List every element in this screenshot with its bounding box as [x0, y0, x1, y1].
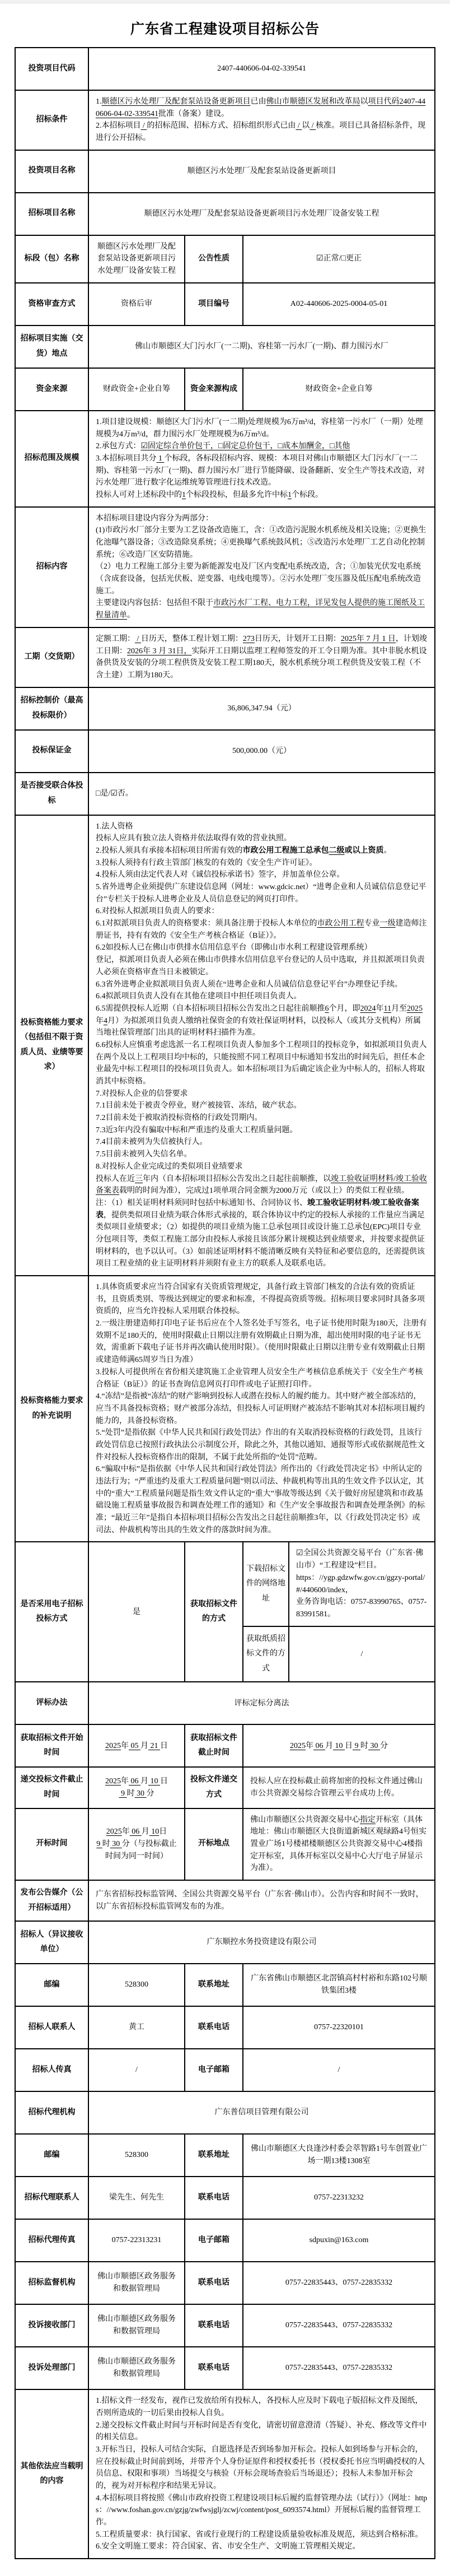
bid-bond-value: 500,000.00（元）: [88, 730, 435, 773]
qualification-value: 1.法人资格投标人应具有独立法人资格并依法取得有效的营业执照。2.投标人须具有承…: [88, 815, 435, 1276]
row-fax-1: 招标人传真 / 电子邮箱 /: [15, 2049, 435, 2091]
row-opening: 开标时间 2025年 06 月 10日9 时 30 分（与投标截止时间为同一时间…: [15, 1808, 435, 1880]
email1-label: 电子邮箱: [185, 2049, 243, 2091]
row-bid-bond: 投标保证金 500,000.00（元）: [15, 730, 435, 773]
fax2-label: 招标代理传真: [15, 2219, 88, 2262]
row-scope: 招标范围及规模 1.项目建设规模：顺德区大门污水厂(一二期)处理规模为6万m³/…: [15, 411, 435, 507]
evaluation-label: 评标办法: [15, 1682, 88, 1724]
email2-label: 电子邮箱: [185, 2219, 243, 2262]
postcode2-value: 528300: [88, 2134, 185, 2177]
tenderer-label: 招标人（异议接收单位）: [15, 1921, 88, 1964]
investment-code-value: 2407-440606-04-02-339541: [88, 48, 435, 90]
row-tenderer: 招标人（异议接收单位） 广东顺控水务投资建设有限公司: [15, 1921, 435, 1964]
investment-code-label: 投资项目代码: [15, 48, 88, 90]
qualification-review-label: 资格审查方式: [15, 283, 88, 326]
funding-label: 资金来源: [15, 368, 88, 411]
row-evaluation: 评标办法 评标定标分离法: [15, 1682, 435, 1724]
row-consortium: 是否接受联合体投标 □是/☑否。: [15, 773, 435, 815]
paper-doc-label: 获取纸质招标文件的方式: [243, 1626, 289, 1682]
row-other: 其他依法应当载明的内容 1.招标文件一经发布，视作已发放给所有投标人，各投标人应…: [15, 2389, 435, 2559]
other-value: 1.招标文件一经发布，视作已发放给所有投标人，各投标人应及时下载电子版招标文件及…: [88, 2389, 435, 2559]
opening-time-value: 2025年 06 月 10日9 时 30 分（与投标截止时间为同一时间）: [88, 1808, 185, 1880]
row-postcode-1: 邮编 528300 联系地址 广东省佛山市顺德区北滘镇高村村裕和东路102号顺铁…: [15, 1964, 435, 2006]
address2-label: 联系地址: [185, 2134, 243, 2177]
project-number-label: 项目编号: [185, 283, 243, 326]
complaint-handle-value: 佛山市顺德区政务服务和数据管理局: [88, 2347, 185, 2389]
notice-nature-value: ☑正常/□更正: [243, 235, 435, 283]
row-contact-2: 招标代理联系人 梁先生、何先生 联系电话 0757-22313232: [15, 2177, 435, 2219]
bid-bond-label: 投标保证金: [15, 730, 88, 773]
complaint-recv-label: 投诉接收部门: [15, 2304, 88, 2347]
complaint-recv-phone-value: 0757-22835443、0757-22835332: [243, 2304, 435, 2347]
funding-value: 财政资金+企业自筹: [88, 368, 185, 411]
row-complaint-handle: 投诉处理部门 佛山市顺德区政务服务和数据管理局 联系电话 0757-228354…: [15, 2347, 435, 2389]
row-media: 发布公告媒介（公开招标适用） 广东省招标投标监管网、全国公共资源交易平台（广东省…: [15, 1880, 435, 1921]
location-label: 招标项目实施（交货）地点: [15, 326, 88, 368]
section-value: 顺德区污水处理厂及配套泵站设备更新项目污水处理厂设备安装工程: [88, 235, 185, 283]
row-investment-code: 投资项目代码 2407-440606-04-02-339541: [15, 48, 435, 90]
submission-deadline-label: 递交投标文件截止时间: [15, 1767, 88, 1808]
media-value: 广东省招标投标监管网、全国公共资源交易平台（广东省·佛山市）。公告内容和时间不一…: [88, 1880, 435, 1921]
complaint-handle-label: 投诉处理部门: [15, 2347, 88, 2389]
top-divider: [0, 0, 450, 3]
download-address-label: 下载招标文件的网络地址: [243, 1542, 289, 1626]
row-submission: 递交投标文件截止时间 2025年 06 月 10 日 9 时 30 分 投标文件…: [15, 1767, 435, 1808]
row-agency: 招标代理机构 广东普信项目管理有限公司: [15, 2091, 435, 2134]
row-supervisor: 招标监督机构 佛山市顺德区政务服务和数据管理局 联系电话 0757-228354…: [15, 2262, 435, 2304]
fax1-value: /: [88, 2049, 185, 2091]
tender-conditions-label: 招标条件: [15, 90, 88, 150]
section-label: 标段（包）名称: [15, 235, 88, 283]
supplement-label: 投标资格能力要求的补充说明: [15, 1276, 88, 1542]
tenderer-value: 广东顺控水务投资建设有限公司: [88, 1921, 435, 1964]
complaint-recv-phone-label: 联系电话: [185, 2304, 243, 2347]
control-price-label: 招标控制价（最高投标限价）: [15, 687, 88, 730]
row-qualification: 投标资格能力要求（包括但不限于资质人员、业绩等要求） 1.法人资格投标人应具有独…: [15, 815, 435, 1276]
row-location: 招标项目实施（交货）地点 佛山市顺德区大门污水厂(一二期)、容桂第一污水厂(一期…: [15, 326, 435, 368]
funding-composition-value: 财政资金+企业自筹: [243, 368, 435, 411]
supervisor-label: 招标监督机构: [15, 2262, 88, 2304]
email1-value: /: [243, 2049, 435, 2091]
investment-name-value: 顺德区污水处理厂及配套泵站设备更新项目: [88, 150, 435, 193]
consortium-label: 是否接受联合体投标: [15, 773, 88, 815]
notice-nature-label: 公告性质: [185, 235, 243, 283]
postcode1-value: 528300: [88, 1964, 185, 2006]
doc-obtain-method-label: 获取招标文件的方式: [185, 1542, 243, 1682]
doc-deadline-value: 2025年 06 月 10 日 9 时 30 分: [243, 1724, 435, 1767]
row-section: 标段（包）名称 顺德区污水处理厂及配套泵站设备更新项目污水处理厂设备安装工程 公…: [15, 235, 435, 283]
complaint-recv-value: 佛山市顺德区政务服务和数据管理局: [88, 2304, 185, 2347]
row-fax-2: 招标代理传真 0757-22313231 电子邮箱 sdpuxin@163.co…: [15, 2219, 435, 2262]
fax1-label: 招标人传真: [15, 2049, 88, 2091]
row-control-price: 招标控制价（最高投标限价） 36,806,347.94（元）: [15, 687, 435, 730]
submission-method-label: 投标文件递交方式: [185, 1767, 243, 1808]
consortium-value: □是/☑否。: [88, 773, 435, 815]
contact1-value: 黄工: [88, 2006, 185, 2049]
opening-place-value: 佛山市顺德区公共资源交易中心指定开标室（具体地址：佛山市顺德区大良街道新城区观绿…: [243, 1808, 435, 1880]
phone2-value: 0757-22313232: [243, 2177, 435, 2219]
agency-value: 广东普信项目管理有限公司: [88, 2091, 435, 2134]
contact2-value: 梁先生、何先生: [88, 2177, 185, 2219]
address1-label: 联系地址: [185, 1964, 243, 2006]
contact2-label: 招标代理联系人: [15, 2177, 88, 2219]
scope-value: 1.项目建设规模：顺德区大门污水厂(一二期)处理规模为6万m³/d，容桂第一污水…: [88, 411, 435, 507]
postcode1-label: 邮编: [15, 1964, 88, 2006]
investment-name-label: 投资项目名称: [15, 150, 88, 193]
project-number-value: A02-440606-2025-0004-05-01: [243, 283, 435, 326]
phone1-value: 0757-22320101: [243, 2006, 435, 2049]
download-address-value: ☑全国公共资源交易平台（广东省·佛山市）“工程建设”栏目。https：//ygp…: [289, 1542, 435, 1626]
e-bidding-label: 是否采用电子招标投标方式: [15, 1542, 88, 1682]
address1-value: 广东省佛山市顺德区北滘镇高村村裕和东路102号顺铁集团3楼: [243, 1964, 435, 2006]
funding-composition-label: 资金来源构成: [185, 368, 243, 411]
row-doc-time: 获取招标文件开始时间 2025年 05 月 21 日 获取招标文件截止时间 20…: [15, 1724, 435, 1767]
e-bidding-value: 是: [88, 1542, 185, 1682]
row-content: 招标内容 本招标项目建设内容分为两部分：(1)市政污水厂部分主要为工艺设备改造施…: [15, 507, 435, 627]
phone2-label: 联系电话: [185, 2177, 243, 2219]
content-value: 本招标项目建设内容分为两部分：(1)市政污水厂部分主要为工艺设备改造施工，含：①…: [88, 507, 435, 627]
doc-deadline-label: 获取招标文件截止时间: [185, 1724, 243, 1767]
announcement-table: 投资项目代码 2407-440606-04-02-339541 招标条件 1.顺…: [15, 47, 435, 2559]
doc-start-label: 获取招标文件开始时间: [15, 1724, 88, 1767]
duration-value: 定额工期： / 日历天，整体工程计划工期：273日历天，计划开工日期：2025年…: [88, 627, 435, 687]
row-supplement: 投标资格能力要求的补充说明 1.具体资质要求应当符合国家有关资质管理规定，具备行…: [15, 1276, 435, 1542]
other-label: 其他依法应当载明的内容: [15, 2389, 88, 2559]
tender-name-value: 顺德区污水处理厂及配套泵站设备更新项目污水处理厂设备安装工程: [88, 193, 435, 235]
page-title: 广东省工程建设项目招标公告: [15, 18, 435, 38]
submission-deadline-value: 2025年 06 月 10 日 9 时 30 分: [88, 1767, 185, 1808]
supervisor-phone-label: 联系电话: [185, 2262, 243, 2304]
complaint-handle-phone-value: 0757-22835443、0757-22835332: [243, 2347, 435, 2389]
row-tender-conditions: 招标条件 1.顺德区污水处理厂及配套泵站设备更新项目已由佛山市顺德区发展和改革局…: [15, 90, 435, 150]
row-tender-name: 招标项目名称 顺德区污水处理厂及配套泵站设备更新项目污水处理厂设备安装工程: [15, 193, 435, 235]
postcode2-label: 邮编: [15, 2134, 88, 2177]
fax2-value: 0757-22313231: [88, 2219, 185, 2262]
qualification-label: 投标资格能力要求（包括但不限于资质人员、业绩等要求）: [15, 815, 88, 1276]
paper-doc-value: /: [289, 1626, 435, 1682]
media-label: 发布公告媒介（公开招标适用）: [15, 1880, 88, 1921]
row-postcode-2: 邮编 528300 联系地址 佛山市顺德区大良逢沙村委会萃智路1号车创置业广场一…: [15, 2134, 435, 2177]
tender-conditions-value: 1.顺德区污水处理厂及配套泵站设备更新项目已由佛山市顺德区发展和改革局以项目代码…: [88, 90, 435, 150]
submission-method-value: 投标人应在投标截止前将加密的投标文件通过佛山市公共资源交易综合管理云平台成功上传…: [243, 1767, 435, 1808]
row-contact-1: 招标人联系人 黄工 联系电话 0757-22320101: [15, 2006, 435, 2049]
doc-start-value: 2025年 05 月 21 日: [88, 1724, 185, 1767]
scope-label: 招标范围及规模: [15, 411, 88, 507]
agency-label: 招标代理机构: [15, 2091, 88, 2134]
location-value: 佛山市顺德区大门污水厂(一二期)、容桂第一污水厂(一期)、群力围污水厂: [88, 326, 435, 368]
tender-name-label: 招标项目名称: [15, 193, 88, 235]
supplement-value: 1.具体资质要求应当符合国家有关资质管理规定，具备行政主管部门核发的合法有效的资…: [88, 1276, 435, 1542]
control-price-value: 36,806,347.94（元）: [88, 687, 435, 730]
opening-time-label: 开标时间: [15, 1808, 88, 1880]
row-investment-name: 投资项目名称 顺德区污水处理厂及配套泵站设备更新项目: [15, 150, 435, 193]
email2-value: sdpuxin@163.com: [243, 2219, 435, 2262]
row-complaint-recv: 投诉接收部门 佛山市顺德区政务服务和数据管理局 联系电话 0757-228354…: [15, 2304, 435, 2347]
row-funding: 资金来源 财政资金+企业自筹 资金来源构成 财政资金+企业自筹: [15, 368, 435, 411]
opening-place-label: 开标地点: [185, 1808, 243, 1880]
content-label: 招标内容: [15, 507, 88, 627]
address2-value: 佛山市顺德区大良逢沙村委会萃智路1号车创置业广场一期13楼1308室: [243, 2134, 435, 2177]
complaint-handle-phone-label: 联系电话: [185, 2347, 243, 2389]
supervisor-value: 佛山市顺德区政务服务和数据管理局: [88, 2262, 185, 2304]
contact1-label: 招标人联系人: [15, 2006, 88, 2049]
row-e-bidding: 是否采用电子招标投标方式 是 获取招标文件的方式 下载招标文件的网络地址 ☑全国…: [15, 1542, 435, 1626]
supervisor-phone-value: 0757-22835443、0757-22835332: [243, 2262, 435, 2304]
evaluation-value: 评标定标分离法: [88, 1682, 435, 1724]
qualification-review-value: 资格后审: [88, 283, 185, 326]
tender-announcement-document: 广东省工程建设项目招标公告 投资项目代码 2407-440606-04-02-3…: [15, 18, 435, 2576]
duration-label: 工期（交货期）: [15, 627, 88, 687]
phone1-label: 联系电话: [185, 2006, 243, 2049]
row-duration: 工期（交货期） 定额工期： / 日历天，整体工程计划工期：273日历天，计划开工…: [15, 627, 435, 687]
row-qualification-review: 资格审查方式 资格后审 项目编号 A02-440606-2025-0004-05…: [15, 283, 435, 326]
